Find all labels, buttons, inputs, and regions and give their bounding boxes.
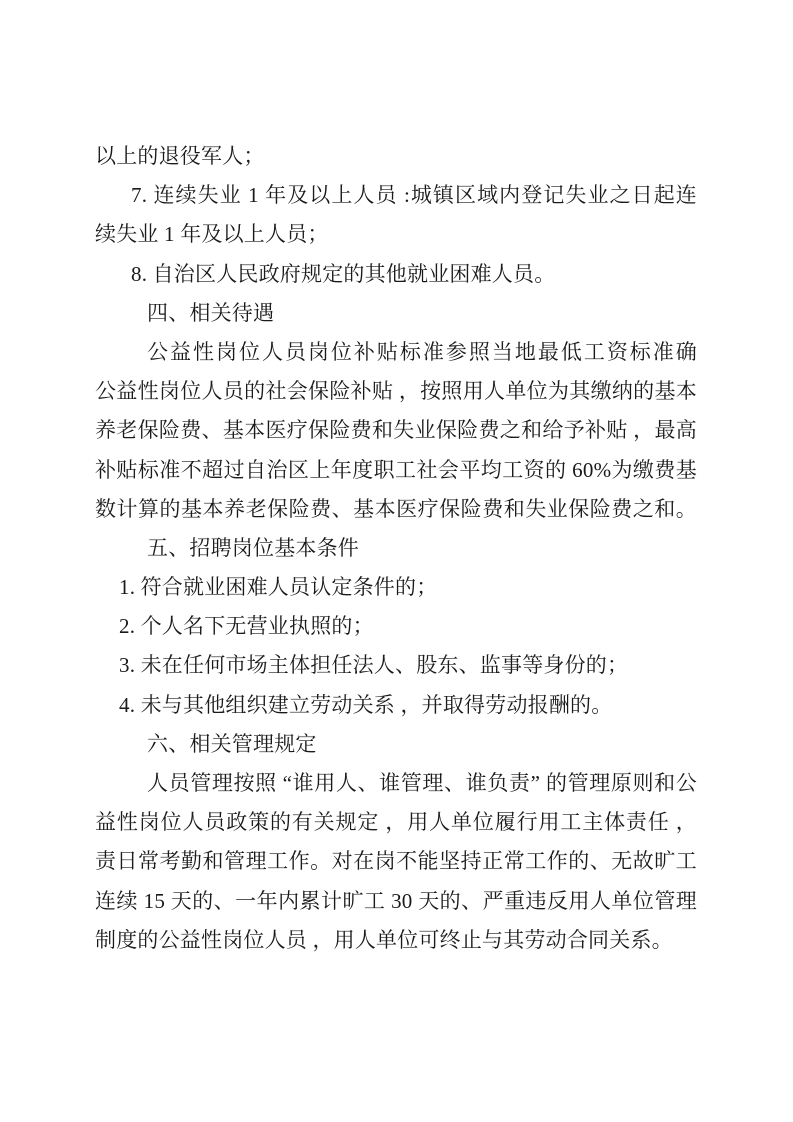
benefits-paragraph-line-1: 公益性岗位人员岗位补贴标准参照当地最低工资标准确定。 xyxy=(95,333,697,372)
list-item-7-line-2: 续失业 1 年及以上人员； xyxy=(95,215,697,254)
paragraph-line-retired-soldiers: 以上的退役军人； xyxy=(95,137,697,176)
benefits-paragraph-line-2: 公益性岗位人员的社会保险补贴 ，按照用人单位为其缴纳的基本 xyxy=(95,372,697,411)
management-paragraph-line-5: 制度的公益性岗位人员 ，用人单位可终止与其劳动合同关系。 xyxy=(95,921,697,960)
condition-item-1: 1. 符合就业困难人员认定条件的； xyxy=(95,568,697,607)
condition-item-4: 4. 未与其他组织建立劳动关系 ，并取得劳动报酬的。 xyxy=(95,686,697,725)
condition-item-3: 3. 未在任何市场主体担任法人、股东、监事等身份的； xyxy=(95,646,697,685)
benefits-paragraph-line-4: 补贴标准不超过自治区上年度职工社会平均工资的 60%为缴费基 xyxy=(95,451,697,490)
management-paragraph-line-1: 人员管理按照 “谁用人、谁管理、谁负责” 的管理原则和公 xyxy=(95,764,697,803)
benefits-paragraph-line-5: 数计算的基本养老保险费、基本医疗保险费和失业保险费之和。 xyxy=(95,490,697,529)
management-paragraph-line-2: 益性岗位人员政策的有关规定 ，用人单位履行用工主体责任 ，负 xyxy=(95,803,697,842)
condition-item-2: 2. 个人名下无营业执照的； xyxy=(95,607,697,646)
section-heading-benefits: 四、相关待遇 xyxy=(95,294,697,333)
list-item-8: 8. 自治区人民政府规定的其他就业困难人员。 xyxy=(95,255,697,294)
section-heading-management: 六、相关管理规定 xyxy=(95,725,697,764)
benefits-paragraph-line-3: 养老保险费、基本医疗保险费和失业保险费之和给予补贴 ，最高 xyxy=(95,411,697,450)
management-paragraph-line-3: 责日常考勤和管理工作。对在岗不能坚持正常工作的、无故旷工 xyxy=(95,842,697,881)
management-paragraph-line-4: 连续 15 天的、一年内累计旷工 30 天的、严重违反用人单位管理 xyxy=(95,882,697,921)
document-body: 以上的退役军人； 7. 连续失业 1 年及以上人员 :城镇区域内登记失业之日起连… xyxy=(95,137,697,960)
document-page: 以上的退役军人； 7. 连续失业 1 年及以上人员 :城镇区域内登记失业之日起连… xyxy=(0,0,793,1122)
section-heading-conditions: 五、招聘岗位基本条件 xyxy=(95,529,697,568)
list-item-7-line-1: 7. 连续失业 1 年及以上人员 :城镇区域内登记失业之日起连 xyxy=(95,176,697,215)
